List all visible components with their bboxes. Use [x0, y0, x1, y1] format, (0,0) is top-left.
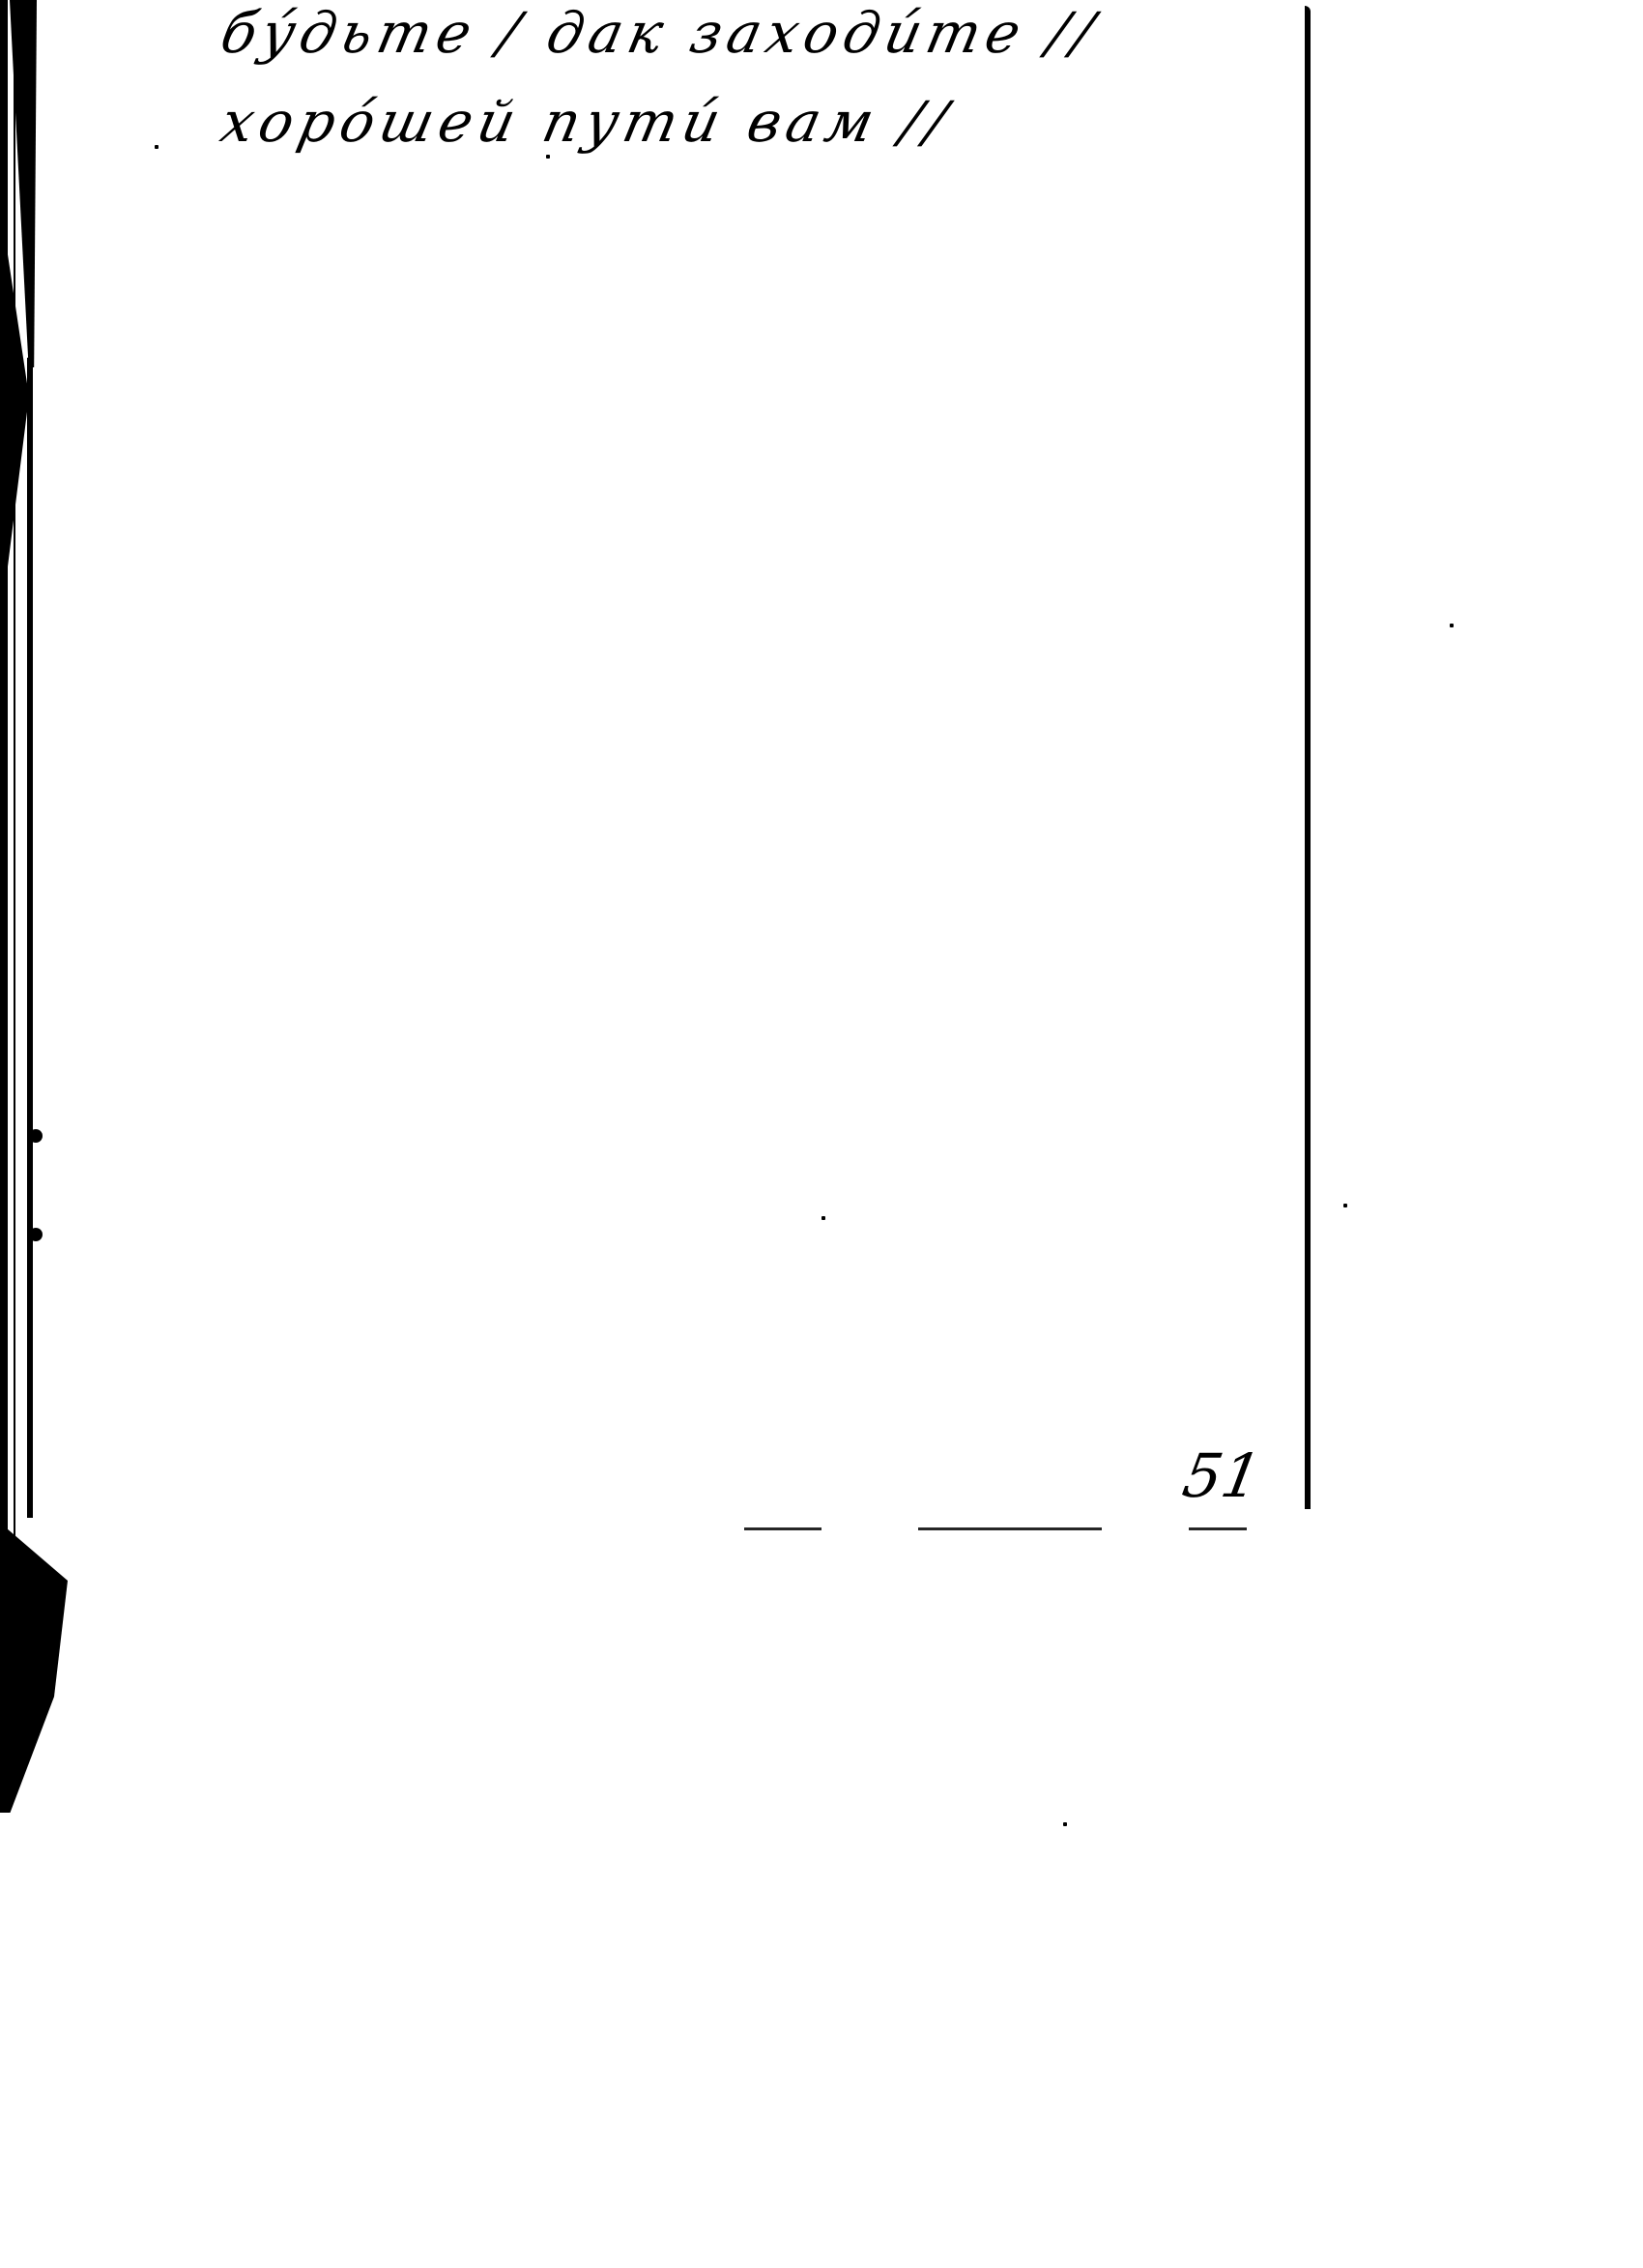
scan-speck [155, 145, 159, 149]
binding-ring-icon [29, 1129, 43, 1143]
page-number: 51 [1178, 1440, 1267, 1511]
scanned-page: бу́дьте / дак заходи́те // хоро́шей пути… [0, 0, 1643, 2268]
page-bottom-edge [1189, 1527, 1247, 1530]
scan-speck [1063, 1822, 1067, 1826]
scan-speck [1450, 624, 1454, 627]
handwritten-line: хоро́шей пути́ вам // [216, 89, 959, 155]
page-bottom-edge [744, 1527, 821, 1530]
page-right-border [1305, 6, 1311, 1509]
binding-spine-line [27, 358, 33, 1518]
scan-speck [821, 1216, 825, 1220]
scan-speck [1343, 1204, 1347, 1207]
handwritten-line: бу́дьте / дак заходи́те // [216, 0, 1106, 66]
scan-speck [546, 155, 550, 159]
page-bottom-edge [918, 1527, 1102, 1530]
binding-ring-icon [29, 1228, 43, 1241]
